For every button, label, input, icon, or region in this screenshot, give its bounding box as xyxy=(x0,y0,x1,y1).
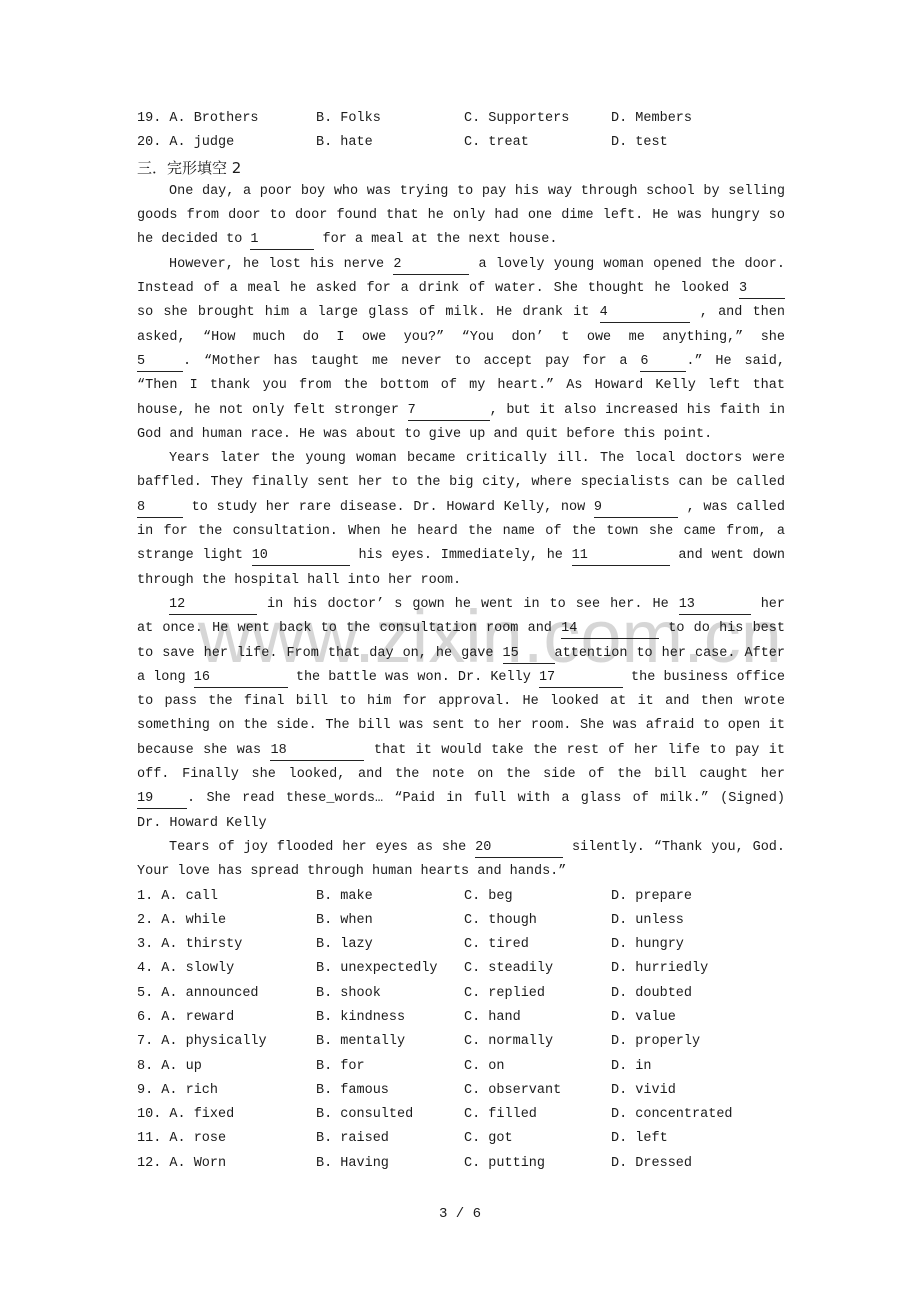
option-cell: 11. A. rose xyxy=(137,1127,316,1151)
option-cell: B. make xyxy=(316,885,464,909)
option-cell: B. hate xyxy=(316,131,464,155)
option-cell: C. steadily xyxy=(464,957,611,981)
option-cell: D. vivid xyxy=(611,1079,785,1103)
cloze-option-row-2: 2. A. whileB. whenC. thoughD. unless xyxy=(137,909,785,933)
blank-2: 2 xyxy=(393,256,469,275)
option-cell: 7. A. physically xyxy=(137,1030,316,1054)
option-cell: C. hand xyxy=(464,1006,611,1030)
blank-8: 8 xyxy=(137,499,183,518)
passage-line-p3-5: strange light 10 his eyes. Immediately, … xyxy=(137,544,785,568)
blank-20: 20 xyxy=(475,839,563,858)
option-cell: B. when xyxy=(316,909,464,933)
passage-line-p2-6: “Then I thank you from the bottom of my … xyxy=(137,374,785,398)
question-row-1: 19. A. BrothersB. FolksC. SupportersD. M… xyxy=(137,107,785,131)
blank-4: 4 xyxy=(600,304,690,323)
option-cell: D. unless xyxy=(611,909,785,933)
cloze-option-row-6: 6. A. rewardB. kindnessC. handD. value xyxy=(137,1006,785,1030)
cloze-option-row-1: 1. A. callB. makeC. begD. prepare xyxy=(137,885,785,909)
blank-13: 13 xyxy=(679,596,751,615)
option-cell: 4. A. slowly xyxy=(137,957,316,981)
document-content: 19. A. BrothersB. FolksC. SupportersD. M… xyxy=(137,107,785,1176)
question-options-19-20: 19. A. BrothersB. FolksC. SupportersD. M… xyxy=(137,107,785,156)
cloze-passage: One day, a poor boy who was trying to pa… xyxy=(137,180,785,885)
option-cell: C. treat xyxy=(464,131,611,155)
passage-line-p4-7: because she was 18 that it would take th… xyxy=(137,739,785,763)
blank-10: 10 xyxy=(252,547,350,566)
passage-line-p1-2: goods from door to door found that he on… xyxy=(137,204,785,228)
blank-11: 11 xyxy=(572,547,670,566)
cloze-option-row-8: 8. A. upB. forC. onD. in xyxy=(137,1055,785,1079)
option-cell: C. Supporters xyxy=(464,107,611,131)
blank-1: 1 xyxy=(250,231,314,250)
blank-6: 6 xyxy=(640,353,686,372)
option-cell: 12. A. Worn xyxy=(137,1152,316,1176)
option-cell: B. famous xyxy=(316,1079,464,1103)
option-cell: C. normally xyxy=(464,1030,611,1054)
option-cell: D. properly xyxy=(611,1030,785,1054)
passage-line-p4-8: off. Finally she looked, and the note on… xyxy=(137,763,785,787)
option-cell: D. doubted xyxy=(611,982,785,1006)
passage-line-p2-1: However, he lost his nerve 2 a lovely yo… xyxy=(137,253,785,277)
passage-line-p1-3: he decided to 1 for a meal at the next h… xyxy=(137,228,785,252)
option-cell: 20. A. judge xyxy=(137,131,316,155)
question-row-2: 20. A. judgeB. hateC. treatD. test xyxy=(137,131,785,155)
passage-line-p3-2: baffled. They finally sent her to the bi… xyxy=(137,471,785,495)
blank-9: 9 xyxy=(594,499,678,518)
blank-5: 5 xyxy=(137,353,183,372)
passage-line-p2-7: house, he not only felt stronger 7, but … xyxy=(137,399,785,423)
blank-15: 15 xyxy=(503,645,555,664)
blank-7: 7 xyxy=(408,402,490,421)
blank-3: 3 xyxy=(739,280,785,299)
option-cell: D. left xyxy=(611,1127,785,1151)
option-cell: D. Dressed xyxy=(611,1152,785,1176)
cloze-option-row-7: 7. A. physicallyB. mentallyC. normallyD.… xyxy=(137,1030,785,1054)
passage-line-p2-8: God and human race. He was about to give… xyxy=(137,423,785,447)
passage-line-p4-2: at once. He went back to the consultatio… xyxy=(137,617,785,641)
blank-19: 19 xyxy=(137,790,187,809)
cloze-option-row-4: 4. A. slowlyB. unexpectedlyC. steadilyD.… xyxy=(137,957,785,981)
passage-line-p4-1: 12 in his doctor’ s gown he went in to s… xyxy=(137,593,785,617)
section-heading: 三．完形填空 2 xyxy=(137,156,785,180)
option-cell: D. value xyxy=(611,1006,785,1030)
option-cell: B. for xyxy=(316,1055,464,1079)
option-cell: C. observant xyxy=(464,1079,611,1103)
option-cell: B. Folks xyxy=(316,107,464,131)
option-cell: D. test xyxy=(611,131,785,155)
option-cell: B. kindness xyxy=(316,1006,464,1030)
option-cell: B. mentally xyxy=(316,1030,464,1054)
option-cell: C. tired xyxy=(464,933,611,957)
cloze-option-row-9: 9. A. richB. famousC. observantD. vivid xyxy=(137,1079,785,1103)
passage-line-p3-4: in for the consultation. When he heard t… xyxy=(137,520,785,544)
passage-line-p2-2: Instead of a meal he asked for a drink o… xyxy=(137,277,785,301)
cloze-options-list: 1. A. callB. makeC. begD. prepare2. A. w… xyxy=(137,885,785,1177)
option-cell: C. beg xyxy=(464,885,611,909)
option-cell: 10. A. fixed xyxy=(137,1103,316,1127)
option-cell: D. hungry xyxy=(611,933,785,957)
passage-line-p4-5: to pass the final bill to him for approv… xyxy=(137,690,785,714)
option-cell: B. unexpectedly xyxy=(316,957,464,981)
passage-line-p1-1: One day, a poor boy who was trying to pa… xyxy=(137,180,785,204)
option-cell: B. lazy xyxy=(316,933,464,957)
option-cell: 2. A. while xyxy=(137,909,316,933)
passage-line-p2-4: asked, “How much do I owe you?” “You don… xyxy=(137,326,785,350)
cloze-option-row-5: 5. A. announcedB. shookC. repliedD. doub… xyxy=(137,982,785,1006)
option-cell: 5. A. announced xyxy=(137,982,316,1006)
option-cell: 9. A. rich xyxy=(137,1079,316,1103)
cloze-option-row-3: 3. A. thirstyB. lazyC. tiredD. hungry xyxy=(137,933,785,957)
blank-16: 16 xyxy=(194,669,288,688)
cloze-option-row-12: 12. A. WornB. HavingC. puttingD. Dressed xyxy=(137,1152,785,1176)
passage-line-p4-9: 19. She read these_words… “Paid in full … xyxy=(137,787,785,811)
passage-line-p5-1: Tears of joy flooded her eyes as she 20 … xyxy=(137,836,785,860)
blank-18: 18 xyxy=(270,742,364,761)
passage-line-p5-2: Your love has spread through human heart… xyxy=(137,860,785,884)
option-cell: D. hurriedly xyxy=(611,957,785,981)
passage-line-p2-5: 5. “Mother has taught me never to accept… xyxy=(137,350,785,374)
passage-line-p3-1: Years later the young woman became criti… xyxy=(137,447,785,471)
passage-line-p4-6: something on the side. The bill was sent… xyxy=(137,714,785,738)
option-cell: C. got xyxy=(464,1127,611,1151)
blank-12: 12 xyxy=(169,596,257,615)
blank-17: 17 xyxy=(539,669,623,688)
option-cell: D. concentrated xyxy=(611,1103,785,1127)
passage-line-p3-6: through the hospital hall into her room. xyxy=(137,569,785,593)
option-cell: B. consulted xyxy=(316,1103,464,1127)
option-cell: D. prepare xyxy=(611,885,785,909)
option-cell: 3. A. thirsty xyxy=(137,933,316,957)
option-cell: 19. A. Brothers xyxy=(137,107,316,131)
option-cell: C. on xyxy=(464,1055,611,1079)
option-cell: C. replied xyxy=(464,982,611,1006)
option-cell: 6. A. reward xyxy=(137,1006,316,1030)
option-cell: 1. A. call xyxy=(137,885,316,909)
option-cell: 8. A. up xyxy=(137,1055,316,1079)
option-cell: D. in xyxy=(611,1055,785,1079)
cloze-option-row-11: 11. A. roseB. raisedC. gotD. left xyxy=(137,1127,785,1151)
option-cell: C. filled xyxy=(464,1103,611,1127)
passage-line-p2-3: so she brought him a large glass of milk… xyxy=(137,301,785,325)
option-cell: B. shook xyxy=(316,982,464,1006)
option-cell: B. Having xyxy=(316,1152,464,1176)
page-number: 3 / 6 xyxy=(0,1202,920,1226)
passage-line-p3-3: 8 to study her rare disease. Dr. Howard … xyxy=(137,496,785,520)
passage-line-p4-10: Dr. Howard Kelly xyxy=(137,812,785,836)
blank-14: 14 xyxy=(561,620,659,639)
option-cell: D. Members xyxy=(611,107,785,131)
option-cell: C. though xyxy=(464,909,611,933)
document-page: www.zixin.com.cn 19. A. BrothersB. Folks… xyxy=(0,0,920,1302)
option-cell: B. raised xyxy=(316,1127,464,1151)
passage-line-p4-4: a long 16 the battle was won. Dr. Kelly … xyxy=(137,666,785,690)
option-cell: C. putting xyxy=(464,1152,611,1176)
passage-line-p4-3: to save her life. From that day on, he g… xyxy=(137,642,785,666)
cloze-option-row-10: 10. A. fixedB. consultedC. filledD. conc… xyxy=(137,1103,785,1127)
